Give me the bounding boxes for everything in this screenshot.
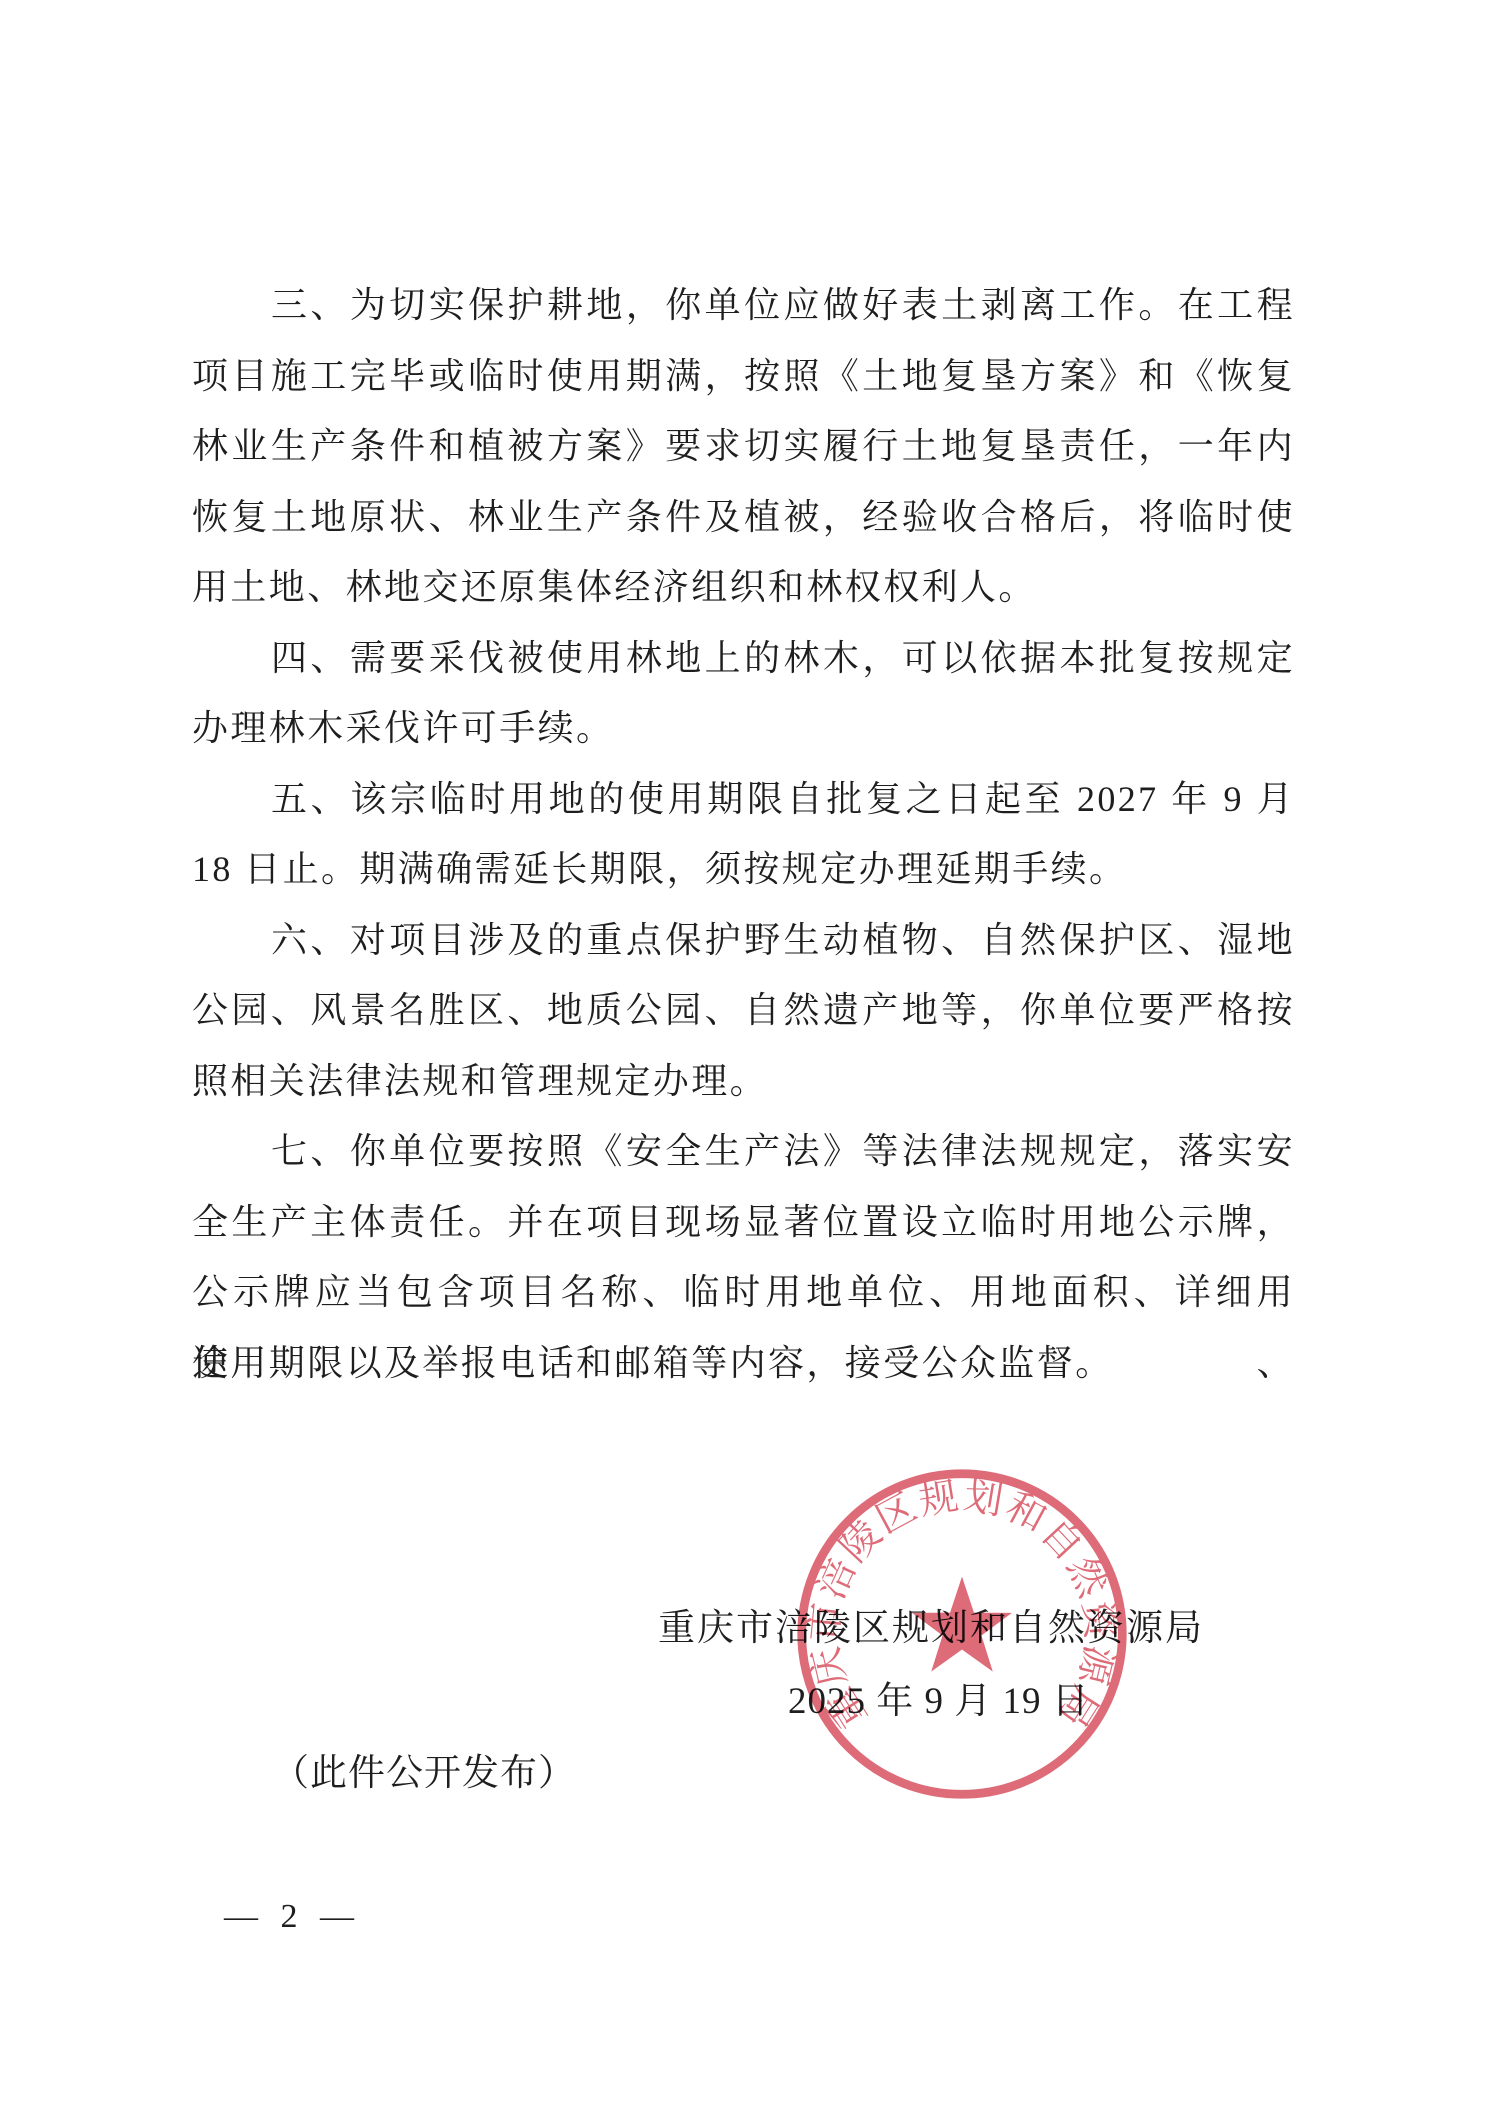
signature-agency: 重庆市涪陵区规划和自然资源局: [658, 1606, 1204, 1652]
page-number: — 2 —: [224, 1896, 361, 1938]
publish-note: （此件公开发布）: [272, 1752, 576, 1796]
body-line: 四、需要采伐被使用林地上的林木，可以依据本批复按规定: [192, 623, 1295, 694]
body-line: 公示牌应当包含项目名称、临时用地单位、用地面积、详细用途、: [192, 1257, 1295, 1328]
body-line: 项目施工完毕或临时使用期满，按照《土地复垦方案》和《恢复: [192, 341, 1295, 412]
document-page: 三、为切实保护耕地，你单位应做好表土剥离工作。在工程 项目施工完毕或临时使用期满…: [0, 0, 1485, 2107]
body-line: 全生产主体责任。并在项目现场显著位置设立临时用地公示牌，: [192, 1187, 1295, 1258]
document-body: 三、为切实保护耕地，你单位应做好表土剥离工作。在工程 项目施工完毕或临时使用期满…: [192, 270, 1295, 1398]
body-line: 用土地、林地交还原集体经济组织和林权权利人。: [192, 552, 1295, 623]
body-line: 三、为切实保护耕地，你单位应做好表土剥离工作。在工程: [192, 270, 1295, 341]
body-line: 恢复土地原状、林业生产条件及植被，经验收合格后，将临时使: [192, 482, 1295, 553]
body-line: 公园、风景名胜区、地质公园、自然遗产地等，你单位要严格按: [192, 975, 1295, 1046]
body-line: 办理林木采伐许可手续。: [192, 693, 1295, 764]
body-line: 六、对项目涉及的重点保护野生动植物、自然保护区、湿地: [192, 905, 1295, 976]
body-line: 18 日止。期满确需延长期限，须按规定办理延期手续。: [192, 834, 1295, 905]
signature-date: 2025 年 9 月 19 日: [788, 1680, 1090, 1724]
body-line: 林业生产条件和植被方案》要求切实履行土地复垦责任，一年内: [192, 411, 1295, 482]
body-line: 照相关法律法规和管理规定办理。: [192, 1046, 1295, 1117]
body-line: 七、你单位要按照《安全生产法》等法律法规规定，落实安: [192, 1116, 1295, 1187]
body-line: 五、该宗临时用地的使用期限自批复之日起至 2027 年 9 月: [192, 764, 1295, 835]
